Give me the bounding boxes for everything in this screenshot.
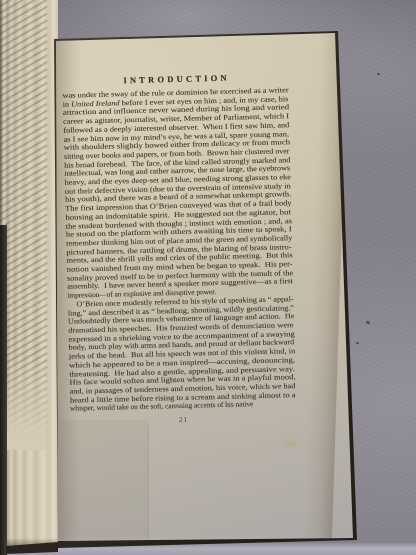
surface-speck	[356, 342, 359, 344]
page-tone-patch	[57, 420, 149, 540]
page-text-block: INTRODUCTION was under the sway of the r…	[62, 71, 296, 426]
surface-speck	[377, 73, 380, 75]
left-page-blank-margin	[0, 360, 47, 450]
book-spine-edge	[0, 225, 7, 555]
open-book-photo: INTRODUCTION was under the sway of the r…	[0, 0, 416, 555]
left-page-stack	[0, 0, 58, 552]
page-number: 21	[70, 413, 296, 427]
text-lines: was under the sway of the rule or domini…	[62, 86, 296, 413]
foxing-stain	[282, 438, 299, 449]
chapter-heading: INTRODUCTION	[62, 71, 288, 87]
